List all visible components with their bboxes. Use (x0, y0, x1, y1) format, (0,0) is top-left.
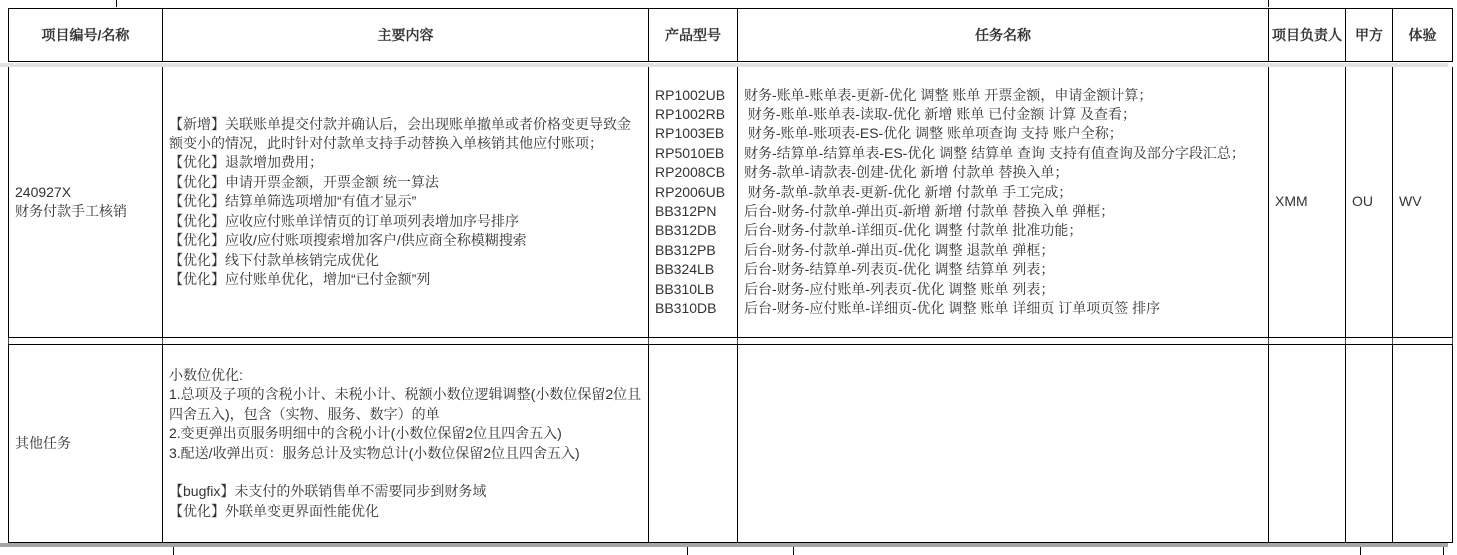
main-content-text: 【新增】关联账单提交付款并确认后，会出现账单撤单或者价格变更导致金额变小的情况，… (163, 115, 648, 290)
cell-models-row1[interactable]: RP1002UB RP1002RB RP1003EB RP5010EB RP20… (649, 67, 738, 337)
partial-row-bottom (0, 547, 1457, 555)
gridline-segment (1268, 0, 1269, 7)
header-label-tasks: 任务名称 (975, 25, 1031, 45)
gridline-segment (1443, 547, 1444, 555)
experience-value: WV (1393, 192, 1428, 211)
table-row: 240927X 财务付款手工核销 【新增】关联账单提交付款并确认后，会出现账单撤… (8, 67, 1453, 338)
header-label-party-a: 甲方 (1355, 25, 1383, 45)
header-cell-project[interactable]: 项目编号/名称 (9, 9, 163, 61)
header-cell-party-a[interactable]: 甲方 (1346, 9, 1393, 61)
project-owner: XMM (1269, 192, 1314, 211)
header-cell-owner[interactable]: 项目负责人 (1269, 9, 1346, 61)
cell-owner-row1[interactable]: XMM (1269, 67, 1346, 337)
gridline-segment (793, 547, 794, 555)
cell-tasks-row2[interactable] (738, 345, 1269, 542)
gridline-segment (173, 547, 174, 555)
table-header-row: 项目编号/名称 主要内容 产品型号 任务名称 项目负责人 甲方 体验 (8, 8, 1453, 62)
task-name-list: 财务-账单-账单表-更新-优化 调整 账单 开票金额，申请金额计算； 财务-账单… (738, 86, 1251, 319)
project-id-name: 其他任务 (9, 434, 77, 453)
cell-content-row1[interactable]: 【新增】关联账单提交付款并确认后，会出现账单撤单或者价格变更导致金额变小的情况，… (163, 67, 649, 337)
cell-experience-row1[interactable]: WV (1393, 67, 1452, 337)
product-model-list: RP1002UB RP1002RB RP1003EB RP5010EB RP20… (649, 86, 731, 319)
header-cell-content[interactable]: 主要内容 (163, 9, 649, 61)
project-id-name: 240927X 财务付款手工核销 (9, 183, 133, 222)
cell-party-a-row1[interactable]: OU (1346, 67, 1393, 337)
header-label-experience: 体验 (1409, 25, 1437, 45)
table-row: 其他任务 小数位优化: 1.总项及子项的含税小计、未税小计、税额小数位逻辑调整(… (8, 344, 1453, 543)
header-label-content: 主要内容 (378, 25, 434, 45)
header-label-owner: 项目负责人 (1272, 25, 1342, 45)
cell-tasks-row1[interactable]: 财务-账单-账单表-更新-优化 调整 账单 开票金额，申请金额计算； 财务-账单… (738, 67, 1269, 337)
cell-owner-row2[interactable] (1269, 345, 1346, 542)
header-cell-experience[interactable]: 体验 (1393, 9, 1452, 61)
gridline-segment (1360, 547, 1361, 555)
main-content-text: 小数位优化: 1.总项及子项的含税小计、未税小计、税额小数位逻辑调整(小数位保留… (163, 366, 648, 521)
header-cell-models[interactable]: 产品型号 (649, 9, 738, 61)
gridline-segment (687, 547, 688, 555)
cell-models-row2[interactable] (649, 345, 738, 542)
gridline-segment (116, 0, 117, 7)
cell-project-row1[interactable]: 240927X 财务付款手工核销 (9, 67, 163, 337)
header-cell-tasks[interactable]: 任务名称 (738, 9, 1269, 61)
cell-experience-row2[interactable] (1393, 345, 1452, 542)
header-label-models: 产品型号 (665, 25, 721, 45)
cell-party-a-row2[interactable] (1346, 345, 1393, 542)
cell-content-row2[interactable]: 小数位优化: 1.总项及子项的含税小计、未税小计、税额小数位逻辑调整(小数位保留… (163, 345, 649, 542)
partial-row-top (0, 0, 1457, 7)
cell-project-row2[interactable]: 其他任务 (9, 345, 163, 542)
party-a-value: OU (1346, 192, 1379, 211)
header-label-project: 项目编号/名称 (42, 25, 130, 45)
